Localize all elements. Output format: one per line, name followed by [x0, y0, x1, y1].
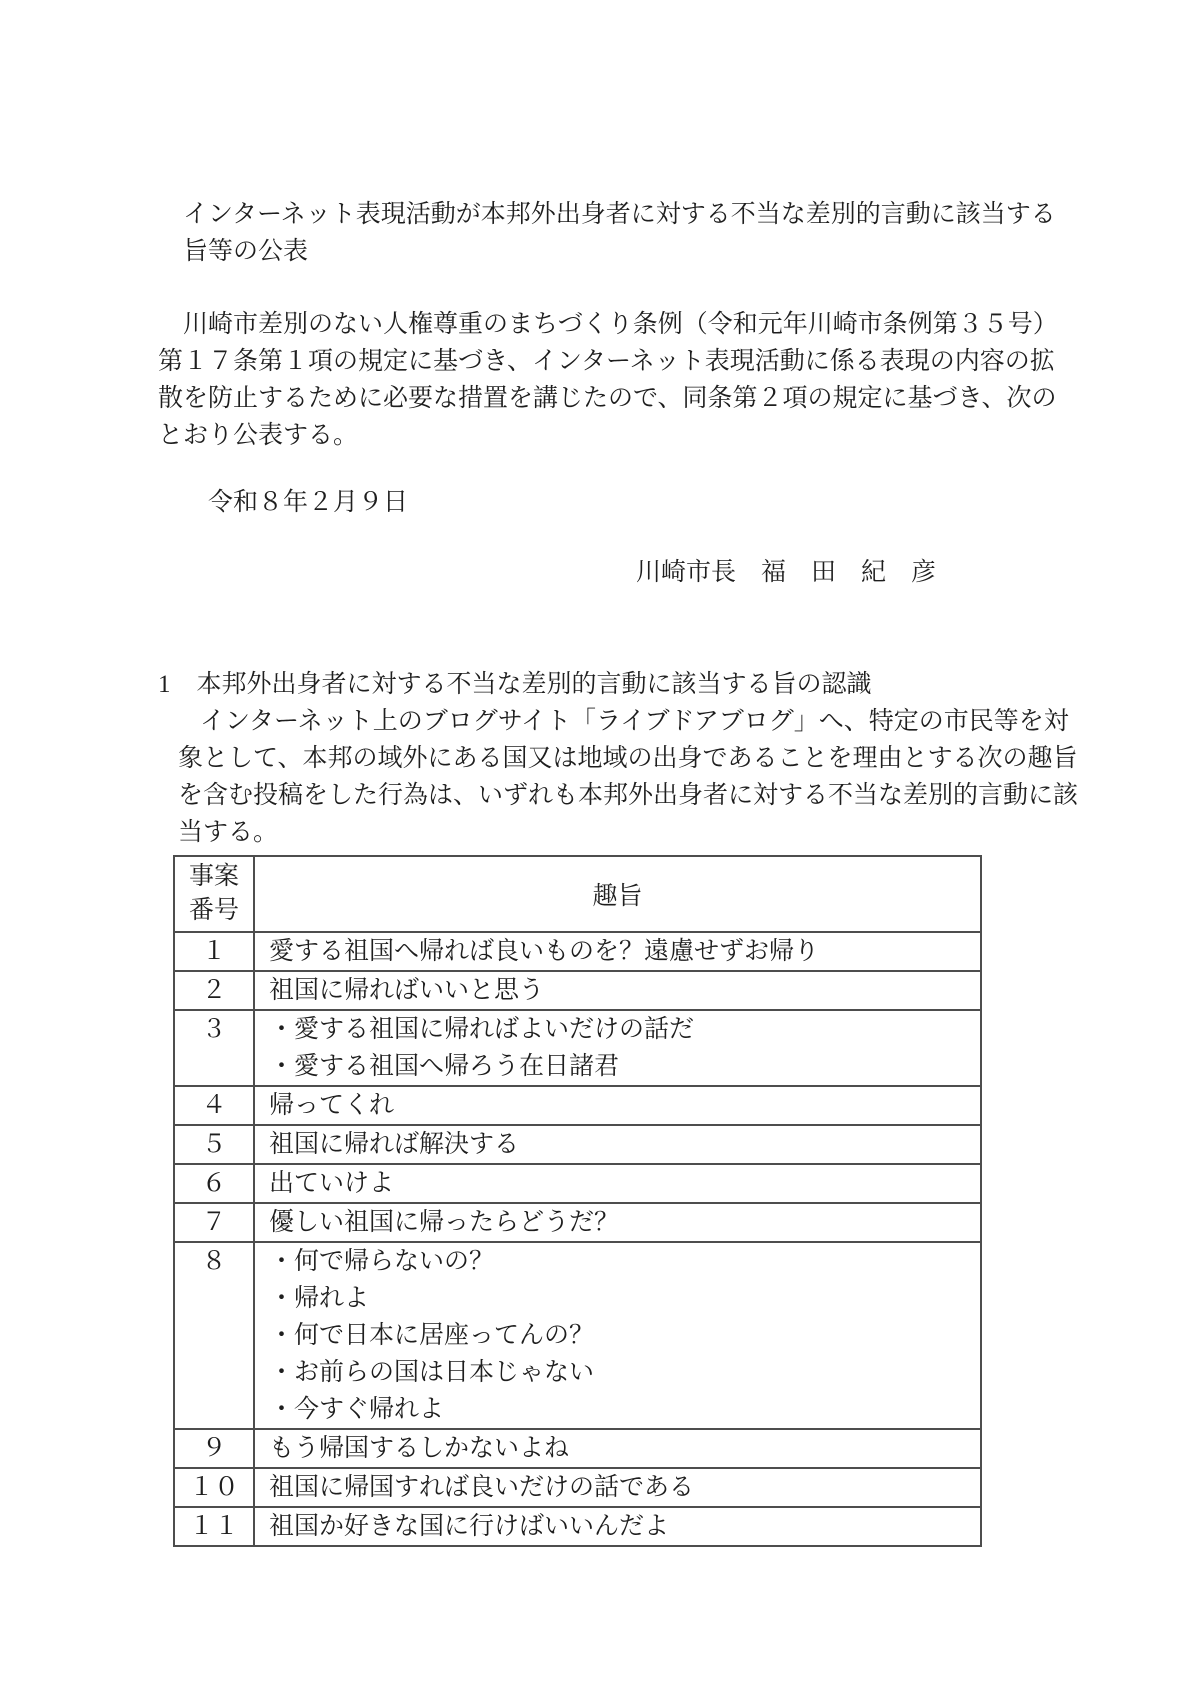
case-number-cell: ５: [174, 1125, 254, 1164]
case-number-cell: ９: [174, 1429, 254, 1468]
gist-line: ・お前らの国は日本じゃない: [269, 1354, 974, 1391]
table-row: １０祖国に帰国すれば良いだけの話である: [174, 1468, 981, 1507]
gist-line: ・何で帰らないの？: [269, 1243, 974, 1280]
document-date: 令和８年２月９日: [208, 484, 1062, 521]
gist-cell: 優しい祖国に帰ったらどうだ？: [254, 1203, 981, 1242]
mayor-signature: 川崎市長 福 田 紀 彦: [636, 554, 1062, 591]
gist-line: ・今すぐ帰れよ: [269, 1391, 974, 1428]
case-number-cell: １１: [174, 1507, 254, 1546]
section-heading-text: 本邦外出身者に対する不当な差別的言動に該当する旨の認識: [197, 671, 872, 698]
gist-line: 祖国に帰国すれば良いだけの話である: [269, 1469, 974, 1506]
gist-cell: 祖国に帰ればいいと思う: [254, 971, 981, 1010]
gist-line: 祖国か好きな国に行けばいいんだよ: [269, 1508, 974, 1545]
case-table-body: １愛する祖国へ帰れば良いものを？遠慮せずお帰り２祖国に帰ればいいと思う３・愛する…: [174, 932, 981, 1546]
gist-line: ・愛する祖国へ帰ろう在日諸君: [269, 1048, 974, 1085]
case-table: 事案 番号 趣旨 １愛する祖国へ帰れば良いものを？遠慮せずお帰り２祖国に帰ればい…: [173, 855, 982, 1547]
table-row: ８・何で帰らないの？・帰れよ・何で日本に居座ってんの？・お前らの国は日本じゃない…: [174, 1242, 981, 1429]
gist-line: 祖国に帰れば解決する: [269, 1126, 974, 1163]
document-title: インターネット表現活動が本邦外出身者に対する不当な差別的言動に該当する旨等の公表: [158, 196, 1065, 270]
case-number-cell: ３: [174, 1010, 254, 1086]
document-page: インターネット表現活動が本邦外出身者に対する不当な差別的言動に該当する旨等の公表…: [0, 0, 1200, 1697]
gist-header: 趣旨: [254, 856, 981, 932]
table-row: ３・愛する祖国に帰ればよいだけの話だ・愛する祖国へ帰ろう在日諸君: [174, 1010, 981, 1086]
table-row: １１祖国か好きな国に行けばいいんだよ: [174, 1507, 981, 1546]
gist-line: 優しい祖国に帰ったらどうだ？: [269, 1204, 974, 1241]
table-row: ６出ていけよ: [174, 1164, 981, 1203]
table-row: ４帰ってくれ: [174, 1086, 981, 1125]
table-row: ７優しい祖国に帰ったらどうだ？: [174, 1203, 981, 1242]
gist-line: もう帰国するしかないよね: [269, 1430, 974, 1467]
section-number: 1: [158, 671, 171, 698]
case-table-header: 事案 番号 趣旨: [174, 856, 981, 932]
gist-cell: 帰ってくれ: [254, 1086, 981, 1125]
gist-cell: 祖国に帰国すれば良いだけの話である: [254, 1468, 981, 1507]
case-number-cell: １０: [174, 1468, 254, 1507]
gist-cell: ・何で帰らないの？・帰れよ・何で日本に居座ってんの？・お前らの国は日本じゃない・…: [254, 1242, 981, 1429]
header-row: 事案 番号 趣旨: [174, 856, 981, 932]
gist-cell: もう帰国するしかないよね: [254, 1429, 981, 1468]
gist-line: 帰ってくれ: [269, 1087, 974, 1124]
table-row: ９もう帰国するしかないよね: [174, 1429, 981, 1468]
gist-cell: 祖国か好きな国に行けばいいんだよ: [254, 1507, 981, 1546]
intro-paragraph: 川崎市差別のない人権尊重のまちづくり条例（令和元年川崎市条例第３５号）第１７条第…: [158, 306, 1062, 454]
case-number-cell: ６: [174, 1164, 254, 1203]
gist-cell: 祖国に帰れば解決する: [254, 1125, 981, 1164]
table-row: １愛する祖国へ帰れば良いものを？遠慮せずお帰り: [174, 932, 981, 971]
table-row: ２祖国に帰ればいいと思う: [174, 971, 981, 1010]
section-1-heading: 1本邦外出身者に対する不当な差別的言動に該当する旨の認識: [158, 666, 1062, 703]
case-number-cell: ７: [174, 1203, 254, 1242]
case-number-cell: １: [174, 932, 254, 971]
gist-cell: 出ていけよ: [254, 1164, 981, 1203]
case-number-header-line1: 事案: [175, 860, 253, 894]
gist-line: ・愛する祖国に帰ればよいだけの話だ: [269, 1011, 974, 1048]
case-number-header-line2: 番号: [175, 894, 253, 928]
table-row: ５祖国に帰れば解決する: [174, 1125, 981, 1164]
gist-line: 祖国に帰ればいいと思う: [269, 972, 974, 1009]
section-1-body: インターネット上のブログサイト「ライブドアブログ」へ、特定の市民等を対象として、…: [178, 703, 1082, 851]
gist-cell: ・愛する祖国に帰ればよいだけの話だ・愛する祖国へ帰ろう在日諸君: [254, 1010, 981, 1086]
gist-line: 愛する祖国へ帰れば良いものを？遠慮せずお帰り: [269, 933, 974, 970]
case-number-cell: ４: [174, 1086, 254, 1125]
gist-line: ・何で日本に居座ってんの？: [269, 1317, 974, 1354]
gist-line: 出ていけよ: [269, 1165, 974, 1202]
gist-cell: 愛する祖国へ帰れば良いものを？遠慮せずお帰り: [254, 932, 981, 971]
case-number-header: 事案 番号: [174, 856, 254, 932]
case-number-cell: ８: [174, 1242, 254, 1429]
gist-line: ・帰れよ: [269, 1280, 974, 1317]
case-number-cell: ２: [174, 971, 254, 1010]
